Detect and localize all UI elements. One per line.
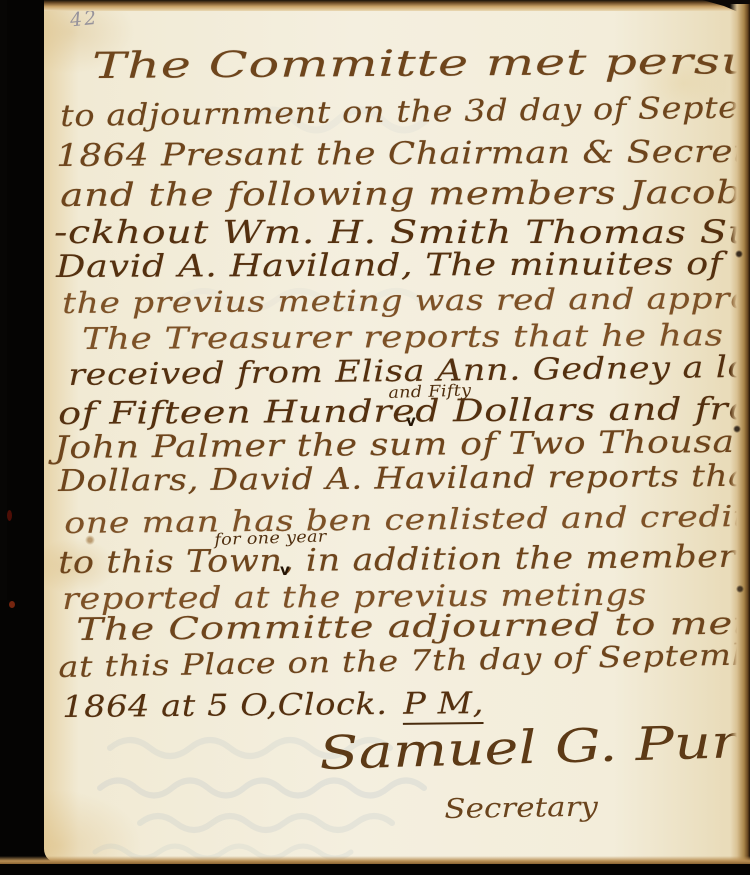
ink-spot <box>9 601 15 608</box>
manuscript-line: The Committe met persuant <box>92 40 750 87</box>
book-page-edges-top <box>44 0 736 11</box>
insertion-caret-icon: v <box>406 414 416 429</box>
time-text: 1864 at 5 O,Clock. <box>62 687 388 725</box>
manuscript-photo: 42 The Committe met persuant to adjournm… <box>0 0 750 875</box>
manuscript-line: the previus meting was red and approved <box>62 280 750 320</box>
interline-insertion: for one year <box>214 526 327 549</box>
ink-spot <box>7 510 12 521</box>
pm-underlined: P M, <box>403 686 484 725</box>
manuscript-line: to this Town, in addition the member <box>58 539 736 581</box>
insertion-caret-icon: v <box>280 563 290 578</box>
manuscript-line: 1864 at 5 O,Clock.P M, <box>62 686 484 725</box>
manuscript-line: 1864 Presant the Chairman & Secretary <box>56 133 750 174</box>
manuscript-line: Dollars, David A. Haviland reports that <box>58 459 750 499</box>
manuscript-line: one man has ben cenlisted and credited <box>64 499 750 540</box>
interline-insertion: and Fifty <box>388 380 472 402</box>
signature-title: Secretary <box>444 792 598 825</box>
book-gutter-right <box>730 4 750 865</box>
photo-bottom-border <box>0 864 750 875</box>
manuscript-line: -ckhout Wm. H. Smith Thomas Sutton <box>54 213 750 251</box>
manuscript-line: David A. Haviland, The minuites of <box>56 246 723 285</box>
manuscript-line: and the following members Jacob Bu <box>60 173 750 214</box>
photo-left-gap <box>0 0 7 600</box>
